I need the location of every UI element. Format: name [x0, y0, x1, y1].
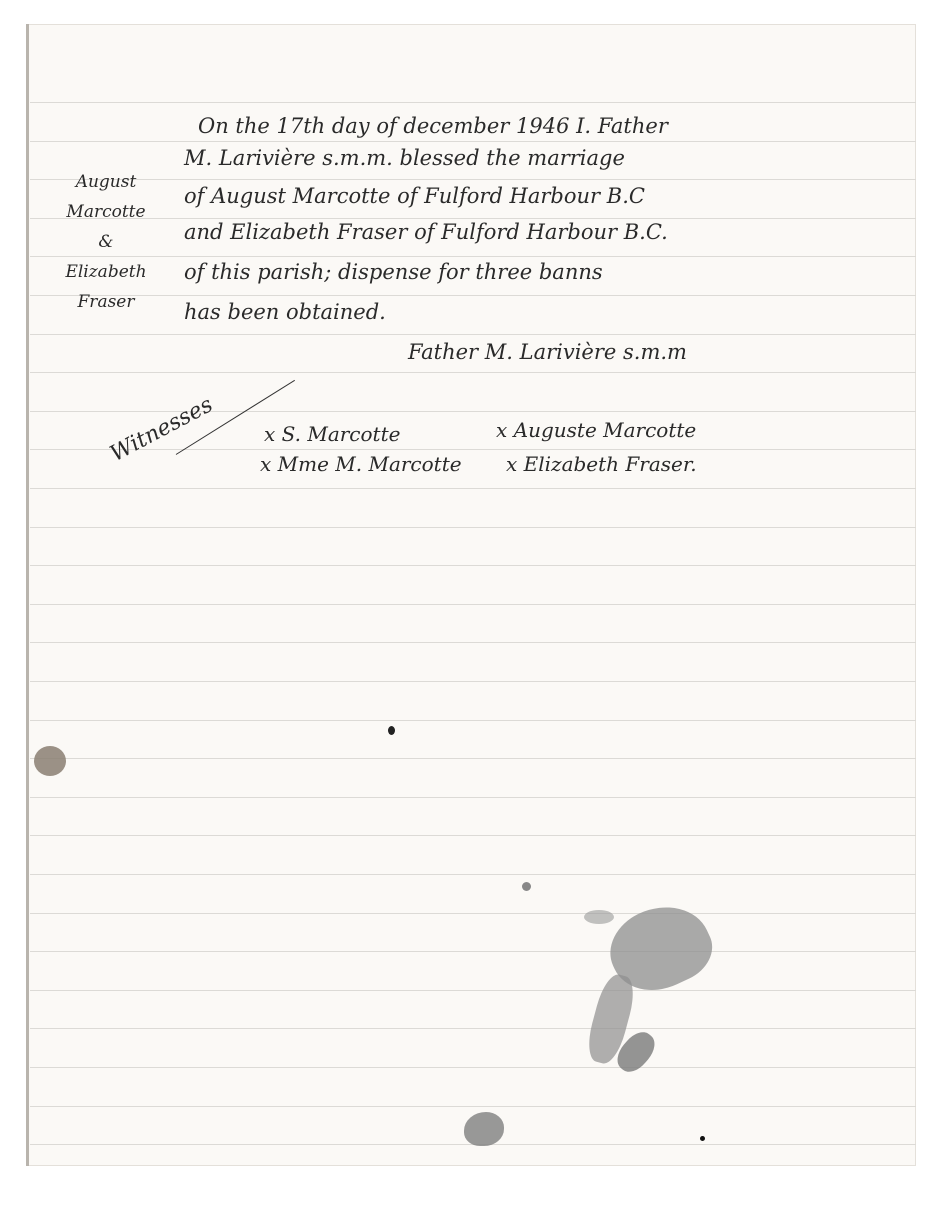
margin-note-line: & [36, 232, 176, 252]
ruled-line [30, 720, 916, 721]
ruled-line [30, 951, 916, 952]
ink-dot [700, 1136, 705, 1141]
ruled-line [30, 990, 916, 991]
ruled-line [30, 527, 916, 528]
ink-stain-fleck [584, 910, 614, 924]
priest-signature: Father M. Larivière s.m.m [408, 340, 687, 364]
witness-signature: x Elizabeth Fraser. [506, 452, 697, 476]
ruled-line [30, 913, 916, 914]
body-line: has been obtained. [184, 300, 386, 324]
witness-signature: x Auguste Marcotte [496, 418, 696, 442]
margin-note-line: August [36, 172, 176, 192]
ruled-line [30, 372, 916, 373]
margin-note-line: Marcotte [36, 202, 176, 222]
ruled-line [30, 797, 916, 798]
ruled-line [30, 1067, 916, 1068]
ruled-line [30, 1106, 916, 1107]
ruled-line [30, 835, 916, 836]
witness-signature: x Mme M. Marcotte [260, 452, 462, 476]
register-page: August Marcotte & Elizabeth Fraser On th… [26, 24, 916, 1166]
ruled-line [30, 604, 916, 605]
margin-note-line: Elizabeth [36, 262, 176, 282]
ruled-line [30, 681, 916, 682]
witnesses-label: Witnesses [106, 392, 217, 467]
ruled-line [30, 874, 916, 875]
ruled-line [30, 642, 916, 643]
ruled-line [30, 488, 916, 489]
witness-signature: x S. Marcotte [264, 422, 400, 446]
body-line: of this parish; dispense for three banns [184, 260, 603, 284]
brown-spot [34, 746, 66, 776]
ruled-line [30, 102, 916, 103]
ruled-line [30, 141, 916, 142]
ruled-line [30, 411, 916, 412]
ink-dot [388, 726, 395, 735]
body-line: M. Larivière s.m.m. blessed the marriage [184, 146, 625, 170]
body-line: and Elizabeth Fraser of Fulford Harbour … [184, 220, 668, 244]
ink-dot [522, 882, 531, 891]
ruled-line [30, 758, 916, 759]
body-line: of August Marcotte of Fulford Harbour B.… [184, 184, 645, 208]
ruled-line [30, 256, 916, 257]
margin-note-line: Fraser [36, 292, 176, 312]
ink-stain-bottom [464, 1112, 504, 1146]
body-line: On the 17th day of december 1946 I. Fath… [198, 114, 668, 138]
ruled-line [30, 565, 916, 566]
ruled-line [30, 1028, 916, 1029]
ruled-line [30, 334, 916, 335]
ruled-line [30, 449, 916, 450]
